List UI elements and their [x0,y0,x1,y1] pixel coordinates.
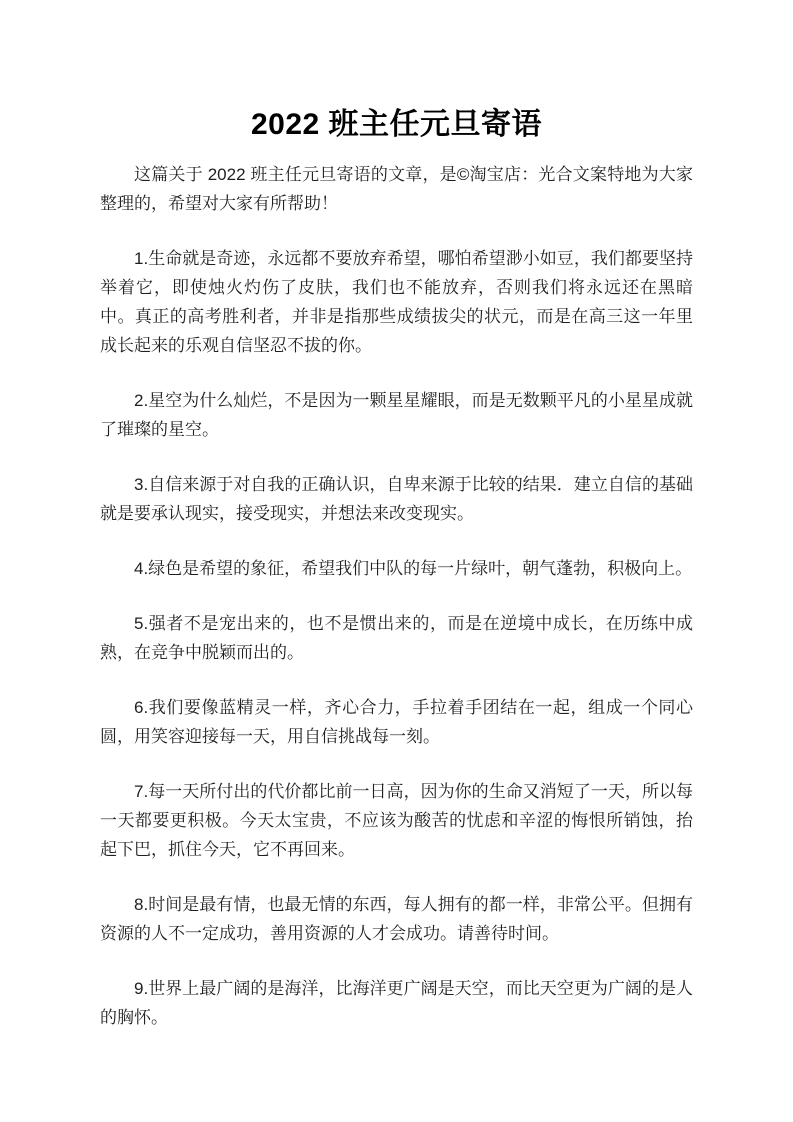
document-page: 2022 班主任元旦寄语 这篇关于 2022 班主任元旦寄语的文章，是©淘宝店：… [0,0,793,1122]
paragraph-4: 4.绿色是希望的象征，希望我们中队的每一片绿叶，朝气蓬勃，积极向上。 [100,554,693,583]
paragraph-3: 3.自信来源于对自我的正确认识，自卑来源于比较的结果．建立自信的基础就是要承认现… [100,470,693,528]
paragraph-5: 5.强者不是宠出来的，也不是惯出来的，而是在逆境中成长，在历练中成熟，在竞争中脱… [100,609,693,667]
paragraph-2: 2.星空为什么灿烂，不是因为一颗星星耀眼，而是无数颗平凡的小星星成就了璀璨的星空… [100,386,693,444]
paragraph-7: 7.每一天所付出的代价都比前一日高，因为你的生命又消短了一天，所以每一天都要更积… [100,777,693,864]
paragraph-9: 9.世界上最广阔的是海洋，比海洋更广阔是天空，而比天空更为广阔的是人的胸怀。 [100,974,693,1032]
intro-paragraph: 这篇关于 2022 班主任元旦寄语的文章，是©淘宝店：光合文案特地为大家整理的，… [100,160,693,218]
document-title: 2022 班主任元旦寄语 [100,104,693,146]
paragraph-8: 8.时间是最有情，也最无情的东西，每人拥有的都一样，非常公平。但拥有资源的人不一… [100,890,693,948]
paragraph-6: 6.我们要像蓝精灵一样，齐心合力，手拉着手团结在一起，组成一个同心圆，用笑容迎接… [100,693,693,751]
paragraph-1: 1.生命就是奇迹，永远都不要放弃希望，哪怕希望渺小如豆，我们都要坚持举着它，即使… [100,244,693,360]
